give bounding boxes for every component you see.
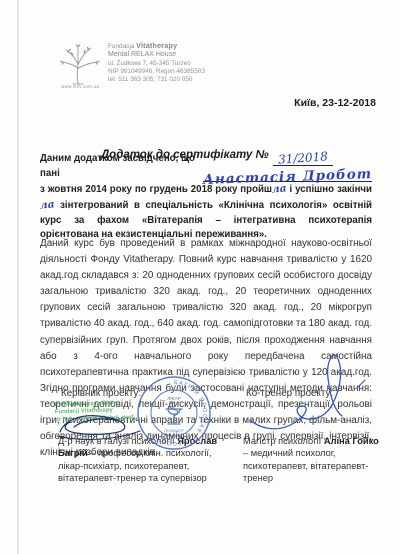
letterhead-line3: ul. Żudłowa 7, 45-345 Turzeo xyxy=(108,60,205,68)
co-trainer-credentials: Магістр психології Аліна Гойко – медични… xyxy=(243,435,383,485)
project-leader-label: Керівник проекту: xyxy=(61,388,141,399)
letterhead-vitatherapy: Vitatherapy xyxy=(136,41,177,50)
certificate-number-handwritten: 31/2018 xyxy=(278,149,329,166)
letterhead-line4: NIP 991049946, Regon 46385503 xyxy=(108,68,205,76)
handwritten-ending-1: ла xyxy=(271,181,287,197)
letterhead-fundacja: Fundacja xyxy=(108,43,136,50)
intro-middle2: і успішно закінчи xyxy=(287,184,372,195)
intro-first-line: Даним додатком засвідчено, що пані Анаст… xyxy=(40,167,372,182)
co-trainer-signature xyxy=(244,350,374,440)
co-trainer-details: – медичний психолог, психотерапевт, віта… xyxy=(243,448,368,483)
stamp-bottom-text: ПСИХІАТР xyxy=(164,428,184,433)
certificate-number-slot: 31/2018 xyxy=(273,147,333,166)
date-line: Київ, 23-12-2018 xyxy=(294,97,376,109)
intro-tail: зінтегрований в спеціальність «Клінічна … xyxy=(40,200,372,241)
scan-edge-line xyxy=(17,0,19,554)
stamp-top-text: ЛІКАР xyxy=(167,396,181,402)
round-doctor-stamp: БАГРІЙ ЯРОСЛАВ ТАРАСОВИЧ ЛІКАР ПСИХІАТР xyxy=(132,371,216,455)
tree-logo-icon xyxy=(52,42,104,86)
intro-rest: з жовтня 2014 року по грудень 2018 року … xyxy=(40,182,372,243)
letterhead-line1: Fundacja Vitatherapy xyxy=(108,42,205,51)
letterhead-line2: Mental RELAX House xyxy=(108,51,205,59)
letterhead-website: www.mrh.com.ua xyxy=(48,84,112,89)
intro-lead: Даним додатком засвідчено, що пані xyxy=(40,152,198,182)
handwritten-ending-2: ла xyxy=(39,197,55,213)
recipient-name-slot: Анастасія Дробот xyxy=(203,167,372,182)
letterhead-address: Fundacja Vitatherapy Mental RELAX House … xyxy=(108,42,205,84)
letterhead-stamp: www.mrh.com.ua Fundacja Vitatherapy Ment… xyxy=(52,40,242,94)
bowl-of-hygieia-icon xyxy=(166,402,182,424)
letterhead-line5: tel. 511 363 305; 731 020 050 xyxy=(108,76,205,84)
intro-paragraph: Даним додатком засвідчено, що пані Анаст… xyxy=(40,167,372,243)
certificate-appendix-page: www.mrh.com.ua Fundacja Vitatherapy Ment… xyxy=(0,0,400,554)
